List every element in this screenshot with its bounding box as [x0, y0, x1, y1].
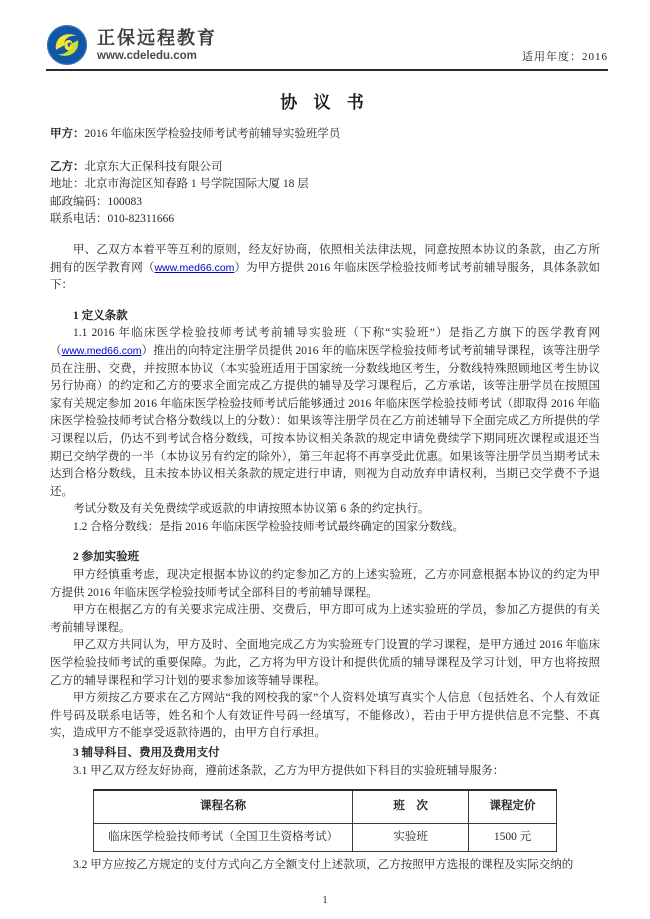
section3-heading: 3 辅导科目、费用及费用支付 [50, 745, 600, 763]
page-number: 1 [0, 894, 650, 906]
party-b-label: 乙方： [50, 161, 85, 173]
brand: 正保远程教育 www.cdeledu.com [46, 24, 217, 66]
phone-value: 010-82311666 [108, 213, 175, 225]
cell-course-name: 临床医学检验技师考试（全国卫生资格考试） [94, 823, 353, 852]
phone-line: 联系电话：010-82311666 [50, 211, 600, 229]
section2-paragraph-1: 甲方经慎重考虑，现决定根据本协议的约定参加乙方的上述实验班，乙方亦同意根据本协议… [50, 567, 600, 602]
address-label: 地址： [50, 178, 85, 190]
med66-link[interactable]: www.med66.com [154, 262, 234, 274]
page-header: 正保远程教育 www.cdeledu.com 适用年度：2016 [0, 0, 650, 71]
table-header-row: 课程名称 班 次 课程定价 [94, 790, 557, 823]
party-b-value: 北京东大正保科技有限公司 [85, 161, 223, 173]
section1-paragraph-1: 1.1 2016 年临床医学检验技师考试考前辅导实验班（下称“实验班”）是指乙方… [50, 325, 600, 501]
address-value: 北京市海淀区知春路 1 号学院国际大厦 18 层 [85, 178, 309, 190]
brand-logo-icon [46, 24, 88, 66]
section2-paragraph-2: 甲方在根据乙方的有关要求完成注册、交费后，甲方即可成为上述实验班的学员，参加乙方… [50, 602, 600, 637]
table-header-course-price: 课程定价 [469, 790, 557, 823]
table-row: 临床医学检验技师考试（全国卫生资格考试） 实验班 1500 元 [94, 823, 557, 852]
phone-label: 联系电话： [50, 213, 108, 225]
applicable-year-label: 适用年度：2016 [522, 48, 608, 66]
section1-paragraph-3: 1.2 合格分数线：是指 2016 年临床医学检验技师考试最终确定的国家分数线。 [50, 519, 600, 537]
postcode-value: 100083 [108, 196, 143, 208]
cell-class-type: 实验班 [353, 823, 469, 852]
party-a-line: 甲方：2016 年临床医学检验技师考试考前辅导实验班学员 [50, 126, 600, 144]
party-b-line: 乙方：北京东大正保科技有限公司 [50, 159, 600, 177]
brand-url: www.cdeledu.com [97, 49, 217, 63]
table-header-class-type: 班 次 [353, 790, 469, 823]
s1p1-text-after: ）推出的向特定注册学员提供 2016 年的临床医学检验技师考试考前辅导课程，该等… [50, 345, 600, 498]
table-header-course-name: 课程名称 [94, 790, 353, 823]
party-a-label: 甲方： [50, 128, 85, 140]
section3-paragraph-1: 3.1 甲乙双方经友好协商，遵前述条款，乙方为甲方提供如下科目的实验班辅导服务： [50, 763, 600, 781]
section1-paragraph-2: 考试分数及有关免费续学或返款的申请按照本协议第 6 条的约定执行。 [50, 501, 600, 519]
brand-name: 正保远程教育 [97, 27, 217, 49]
med66-link[interactable]: www.med66.com [62, 345, 142, 357]
section2-paragraph-4: 甲方须按乙方要求在乙方网站“我的网校我的家”个人资料处填写真实个人信息（包括姓名… [50, 690, 600, 743]
postcode-line: 邮政编码：100083 [50, 194, 600, 212]
brand-text: 正保远程教育 www.cdeledu.com [97, 27, 217, 63]
document-body: 甲方：2016 年临床医学检验技师考试考前辅导实验班学员 乙方：北京东大正保科技… [0, 126, 650, 875]
postcode-label: 邮政编码： [50, 196, 108, 208]
section2-heading: 2 参加实验班 [50, 549, 600, 567]
intro-paragraph: 甲、乙双方本着平等互利的原则，经友好协商，依照相关法律法规，同意按照本协议的条款… [50, 242, 600, 295]
section3-paragraph-2: 3.2 甲方应按乙方规定的支付方式向乙方全额支付上述款项，乙方按照甲方选报的课程… [50, 857, 600, 875]
address-line: 地址：北京市海淀区知春路 1 号学院国际大厦 18 层 [50, 176, 600, 194]
section2-paragraph-3: 甲乙双方共同认为，甲方及时、全面地完成乙方为实验班专门设置的学习课程，是甲方通过… [50, 637, 600, 690]
course-table: 课程名称 班 次 课程定价 临床医学检验技师考试（全国卫生资格考试） 实验班 1… [93, 789, 557, 852]
agreement-page: 正保远程教育 www.cdeledu.com 适用年度：2016 协 议 书 甲… [0, 0, 650, 919]
section1-heading: 1 定义条款 [50, 308, 600, 326]
document-title: 协 议 书 [0, 88, 650, 113]
cell-course-price: 1500 元 [469, 823, 557, 852]
header-rule: 正保远程教育 www.cdeledu.com 适用年度：2016 [46, 24, 608, 71]
party-a-value: 2016 年临床医学检验技师考试考前辅导实验班学员 [85, 128, 341, 140]
